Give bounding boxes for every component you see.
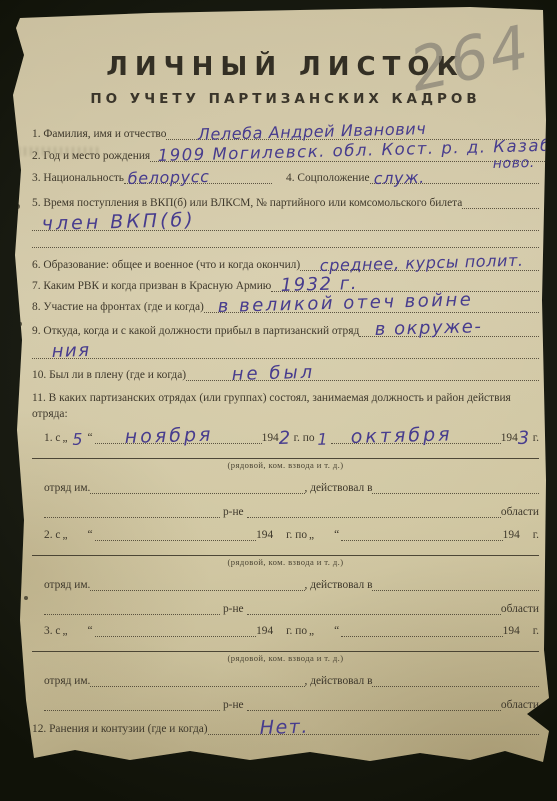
field-6-label: 6. Образование: общее и военное (что и к… (32, 259, 300, 271)
blank-line: ноября (95, 429, 262, 444)
g-po-label: г. по (294, 432, 315, 444)
field-3-label: 3. Национальность (32, 172, 124, 184)
blank-line (372, 674, 539, 687)
blank-line (372, 578, 539, 591)
year-printed: 194 (503, 529, 520, 541)
blank-line (341, 624, 503, 637)
year-printed: 194 (256, 625, 273, 637)
blank-line (90, 578, 304, 591)
field-4-value: служ. (373, 170, 424, 186)
quote-close-mark: “ (88, 432, 93, 444)
field-12-label: 12. Ранения и контузии (где и когда) (32, 723, 208, 735)
entry-2-otryad-row: отряд им. , действовал в (32, 577, 539, 591)
blank-line (90, 481, 304, 494)
blank-line (372, 481, 539, 494)
blank-line: в окруже- (359, 322, 539, 336)
blank-line: белорусс (124, 171, 272, 184)
district-label: р-не (223, 699, 244, 711)
field-6-row: 6. Образование: общее и военное (что и к… (32, 257, 539, 271)
year-printed: 194 (501, 432, 518, 444)
entry-1-otryad-row: отряд им. , действовал в (32, 480, 539, 494)
entry-3-region-row: р-не области (32, 697, 539, 711)
blank-line: член ВКП(б) (32, 216, 539, 231)
entry-2-rank-caption: (рядовой, ком. взвода и т. д.) (32, 557, 539, 567)
field-8-row: 8. Участие на фронтах (где и когда) в ве… (32, 299, 539, 313)
entry-1-month-to: октября (350, 426, 452, 446)
year-printed: 194 (256, 529, 273, 541)
entry-1-signature-line (32, 446, 539, 459)
blank-line (247, 602, 501, 615)
blank-line (341, 528, 503, 541)
blank-line (44, 602, 220, 615)
entry-2-dates-row: 2. с „ “ 194 г. по „ “ 194 г. (32, 527, 539, 541)
quote-close-mark: “ (88, 625, 93, 637)
field-9-label: 9. Откуда, когда и с какой должности при… (32, 325, 359, 337)
field-5-extra-line (32, 235, 539, 248)
field-5-value: член ВКП(б) (42, 212, 196, 233)
otryad-label: отряд им. (44, 675, 90, 687)
entry-3-otryad-row: отряд им. , действовал в (32, 673, 539, 687)
blank-line: среднее, курсы полит. (300, 258, 539, 271)
field-10-value: не был (232, 364, 316, 382)
field-9-value: в окруже- (375, 320, 483, 339)
field-8-value: в великой отеч войне (217, 293, 473, 316)
form-content: 264 ЛИЧНЫЙ ЛИСТОК ПО УЧЕТУ ПАРТИЗАНСКИХ … (0, 0, 557, 801)
entry-3-dates-row: 3. с „ “ 194 г. по „ “ 194 г. (32, 623, 539, 637)
entry-3-prefix: 3. с (44, 625, 60, 637)
paper-speck (24, 596, 28, 600)
acted-in-label: , действовал в (305, 482, 373, 494)
field-7-value: 1932 г. (281, 276, 359, 294)
field-3-4-row: 3. Национальность белорусс 4. Соцположен… (32, 170, 539, 184)
blank-line (462, 196, 539, 209)
otryad-label: отряд им. (44, 579, 90, 591)
blank-line (247, 698, 501, 711)
blank-line (95, 528, 257, 541)
entry-1-year-from: 2 (278, 430, 291, 447)
entry-1-month-from: ноября (124, 426, 213, 445)
entry-1-day-to: 1 (314, 432, 330, 447)
year-printed: 194 (503, 625, 520, 637)
field-11-label: 11. В каких партизанских отрядах (или гр… (32, 390, 539, 423)
blank-line: в великой отеч войне (204, 299, 539, 313)
oblast-label: области (501, 699, 539, 711)
field-12-row: 12. Ранения и контузии (где и когда) Нет… (32, 720, 539, 735)
year-printed: 194 (262, 432, 279, 444)
district-label: р-не (223, 506, 244, 518)
quote-close-mark: “ (88, 529, 93, 541)
field-8-label: 8. Участие на фронтах (где и когда) (32, 301, 204, 313)
quote-open-mark: „ (62, 529, 67, 541)
paper-speck (19, 322, 22, 326)
g-po-label: г. по (286, 625, 307, 637)
field-9-value-wrap: ния (52, 343, 91, 360)
blank-line (32, 235, 539, 248)
entry-2-prefix: 2. с (44, 529, 60, 541)
entry-2-signature-line (32, 543, 539, 556)
field-1-label: 1. Фамилия, имя и отчество (32, 128, 166, 140)
blank-line (95, 624, 257, 637)
entry-1-year-to: 3 (517, 430, 530, 447)
field-5-label-row: 5. Время поступления в ВКП(б) или ВЛКСМ,… (32, 195, 539, 209)
field-5-label: 5. Время поступления в ВКП(б) или ВЛКСМ,… (32, 197, 462, 209)
blank-line (44, 698, 220, 711)
blank-line: Нет. (208, 720, 539, 735)
quote-open-mark: „ (309, 529, 314, 541)
form-body: 1. Фамилия, имя и отчество Лелеба Андрей… (32, 126, 539, 735)
acted-in-label: , действовал в (305, 579, 373, 591)
field-6-value: среднее, курсы полит. (320, 253, 524, 273)
field-5-value-row: член ВКП(б) (32, 211, 539, 231)
quote-open-mark: „ (62, 432, 67, 444)
quote-close-mark: “ (334, 529, 339, 541)
g-label: г. (533, 625, 539, 637)
blank-line (32, 639, 539, 652)
acted-in-label: , действовал в (305, 675, 373, 687)
entry-1-day-from: 5 (69, 432, 85, 447)
field-7-label: 7. Каким РВК и когда призван в Красную А… (32, 280, 271, 292)
g-label: г. (533, 529, 539, 541)
entry-1-rank-caption: (рядовой, ком. взвода и т. д.) (32, 460, 539, 470)
blank-line (32, 446, 539, 459)
entry-1-prefix: 1. с (44, 432, 60, 444)
field-2-row: 2. Год и место рождения 1909 Могилевск. … (32, 148, 539, 162)
blank-line: служ. ново. (370, 171, 539, 184)
quote-open-mark: „ (62, 625, 67, 637)
field-9-row: 9. Откуда, когда и с какой должности при… (32, 322, 539, 336)
field-3-value: белорусс (128, 169, 210, 186)
quote-close-mark: “ (334, 625, 339, 637)
entry-1-region-row: р-не области (32, 504, 539, 518)
quote-open-mark: „ (309, 625, 314, 637)
blank-line: 1932 г. (271, 278, 539, 292)
field-10-label: 10. Был ли в плену (где и когда) (32, 369, 186, 381)
field-2-value-wrap: ново. (493, 157, 535, 171)
blank-line: октября (331, 429, 501, 444)
blank-line (32, 543, 539, 556)
oblast-label: области (501, 506, 539, 518)
oblast-label: области (501, 603, 539, 615)
paper-speck (16, 204, 20, 209)
blank-line (44, 505, 220, 518)
field-10-row: 10. Был ли в плену (где и когда) не был (32, 367, 539, 381)
scanned-paper-sheet: 264 ЛИЧНЫЙ ЛИСТОК ПО УЧЕТУ ПАРТИЗАНСКИХ … (0, 0, 557, 801)
field-4-label: 4. Соцположение (286, 172, 370, 184)
g-label: г. (533, 432, 539, 444)
blank-line (247, 505, 501, 518)
ink-smudge (0, 147, 100, 156)
entry-2-region-row: р-не области (32, 601, 539, 615)
g-po-label: г. по (286, 529, 307, 541)
district-label: р-не (223, 603, 244, 615)
entry-1-dates-row: 1. с „ 5 “ ноября 194 2 г. по 1 октября … (32, 429, 539, 444)
blank-line: ния (32, 344, 539, 358)
entry-3-rank-caption: (рядовой, ком. взвода и т. д.) (32, 653, 539, 663)
blank-line: не был (186, 367, 539, 381)
entry-3-signature-line (32, 639, 539, 652)
blank-line (90, 674, 304, 687)
field-9-wrap-row: ния (32, 341, 539, 359)
otryad-label: отряд им. (44, 482, 90, 494)
field-12-value: Нет. (259, 719, 309, 737)
